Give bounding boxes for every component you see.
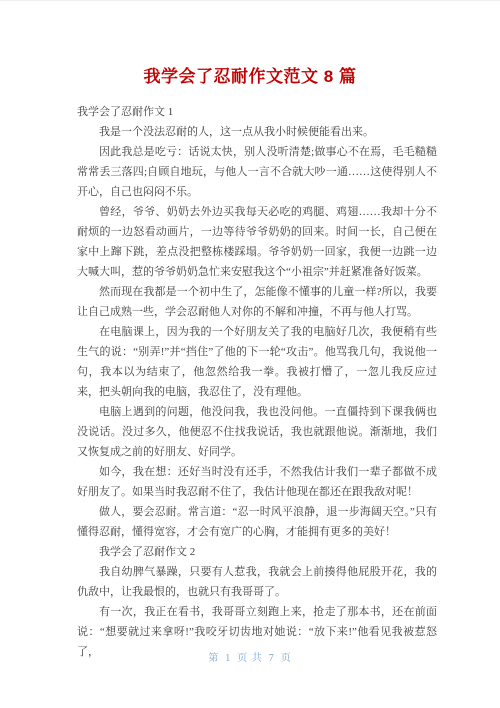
document-page: 我学会了忍耐作文范文 8 篇 我学会了忍耐作文 1 我是一个没法忍耐的人，这一点… — [0, 0, 500, 708]
essay-1-heading: 我学会了忍耐作文 1 — [77, 102, 437, 122]
paragraph: 在电脑课上，因为我的一个好朋友关了我的电脑好几次，我便稍有些生气的说：“别弄!”… — [77, 322, 437, 402]
paragraph: 然而现在我都是一个初中生了，怎能像不懂事的儿童一样?所以，我要让自己成熟一些，学… — [77, 282, 437, 322]
paragraph: 如今，我在想：还好当时没有还手，不然我估计我们一辈子都做不成好朋友了。如果当时我… — [77, 462, 437, 502]
paragraph: 做人，要会忍耐。常言道：“忍一时风平浪静，退一步海阔天空。”只有懂得忍耐，懂得宽… — [77, 502, 437, 542]
essay-2-heading: 我学会了忍耐作文 2 — [77, 542, 437, 562]
page-indicator-prefix: 第 — [208, 653, 219, 664]
current-page-number: 1 — [225, 653, 231, 664]
paragraph: 因此我总是吃亏：话说太快，别人没听清楚;做事心不在焉，毛毛糙糙常常丢三落四;自顾… — [77, 142, 437, 202]
document-body: 我学会了忍耐作文 1 我是一个没法忍耐的人，这一点从我小时候便能看出来。 因此我… — [77, 102, 437, 662]
total-page-count: 7 — [269, 653, 275, 664]
page-title: 我学会了忍耐作文范文 8 篇 — [0, 65, 500, 89]
paragraph: 我自幼脾气暴躁，只要有人惹我，我就会上前揍得他屁股开花，我的仇敌中，让我最恨的，… — [77, 562, 437, 602]
page-indicator: 第1页 共7页 — [0, 649, 500, 664]
paragraph: 电脑上遇到的问题，他没问我，我也没问他。一直僵持到下课我俩也没说话。没过多久，他… — [77, 402, 437, 462]
paragraph: 曾经，爷爷、奶奶去外边买我每天必吃的鸡腿、鸡翅……我却十分不耐烦的一边怒看动画片… — [77, 202, 437, 282]
page-indicator-suffix: 页 — [281, 653, 292, 664]
paragraph: 我是一个没法忍耐的人，这一点从我小时候便能看出来。 — [77, 122, 437, 142]
page-indicator-middle: 页 共 — [237, 653, 263, 664]
